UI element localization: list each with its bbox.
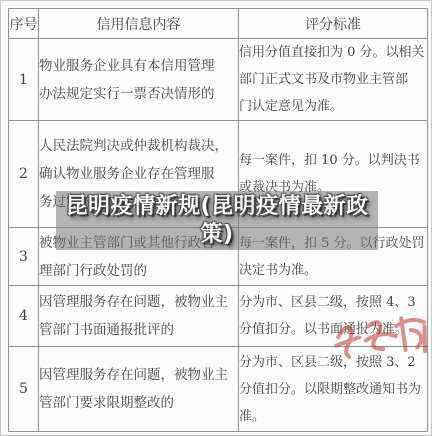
score-line: 部门正式文书及市物业主管部 — [239, 66, 427, 93]
table-row: 5 因管理服务存在问题，被物业主 管部门要求限期整改的 分为市、区县二级，按照 … — [9, 347, 428, 432]
content-line: 因管理服务存在问题，被物业主 — [39, 288, 238, 316]
content-line: 办法规定实行一票否决情形的 — [39, 80, 238, 108]
content-line: 人民法院判决或仲裁机构裁决， — [39, 132, 238, 160]
score-line: 分值扣分。以限期整改通知书为 — [239, 376, 427, 403]
content-line: 因管理服务存在问题，被物业主 — [39, 361, 238, 389]
score-line: 准。 — [239, 403, 427, 430]
score-cell: 分为市、区县二级，按照 3、2 分值扣分。以限期整改通知书为 准。 — [239, 347, 428, 432]
table-row: 1 物业服务企业具有本信用管理 办法规定实行一票否决情形的 信用分值直接扣为 0… — [9, 39, 428, 121]
content-cell: 因管理服务存在问题，被物业主 管部门要求限期整改的 — [39, 347, 239, 432]
content-line: 理部门行政处罚的 — [39, 257, 238, 285]
row-number: 2 — [9, 121, 39, 228]
header-serial-number: 序号 — [9, 9, 39, 39]
content-cell: 因管理服务存在问题，被物业主 管部门书面通报批评的 — [39, 286, 239, 347]
score-line: 每一案件，扣 10 分。以判决书 — [239, 147, 427, 174]
score-line: 门认定意见为准。 — [239, 93, 427, 120]
content-line: 确认物业服务企业存在管理服 — [39, 160, 238, 188]
row-number: 3 — [9, 228, 39, 286]
content-cell: 物业服务企业具有本信用管理 办法规定实行一票否决情形的 — [39, 39, 239, 121]
score-line: 分为市、区县二级，按照 3、2 — [239, 349, 427, 376]
table-header-row: 序号 信用信息内容 评分标准 — [9, 9, 428, 39]
score-cell: 分为市、区县二级，按照 4、3 分值扣分。以书面通报为准。 — [239, 286, 428, 347]
score-line: 信用分值直接扣为 0 分。以相关 — [239, 39, 427, 66]
row-number: 5 — [9, 347, 39, 432]
score-line: 决定书为准。 — [239, 257, 427, 284]
score-line: 分为市、区县二级，按照 4、3 — [239, 289, 427, 316]
overlay-title-line: 策) — [200, 221, 233, 249]
table-row: 4 因管理服务存在问题，被物业主 管部门书面通报批评的 分为市、区县二级，按照 … — [9, 286, 428, 347]
content-line: 物业服务企业具有本信用管理 — [39, 52, 238, 80]
content-line: 管部门书面通报批评的 — [39, 316, 238, 344]
row-number: 4 — [9, 286, 39, 347]
overlay-title-line: 昆明疫情新规(昆明疫情最新政 — [65, 193, 368, 221]
score-line: 分值扣分。以书面通报为准。 — [239, 316, 427, 343]
score-cell: 信用分值直接扣为 0 分。以相关 部门正式文书及市物业主管部 门认定意见为准。 — [239, 39, 428, 121]
header-score-standard: 评分标准 — [239, 9, 428, 39]
title-overlay: 昆明疫情新规(昆明疫情最新政 策) — [56, 191, 378, 250]
row-number: 1 — [9, 39, 39, 121]
header-credit-info: 信用信息内容 — [39, 9, 239, 39]
content-line: 管部门要求限期整改的 — [39, 389, 238, 417]
document-image: 序号 信用信息内容 评分标准 1 物业服务企业具有本信用管理 办法规定实行一票否… — [0, 0, 432, 436]
